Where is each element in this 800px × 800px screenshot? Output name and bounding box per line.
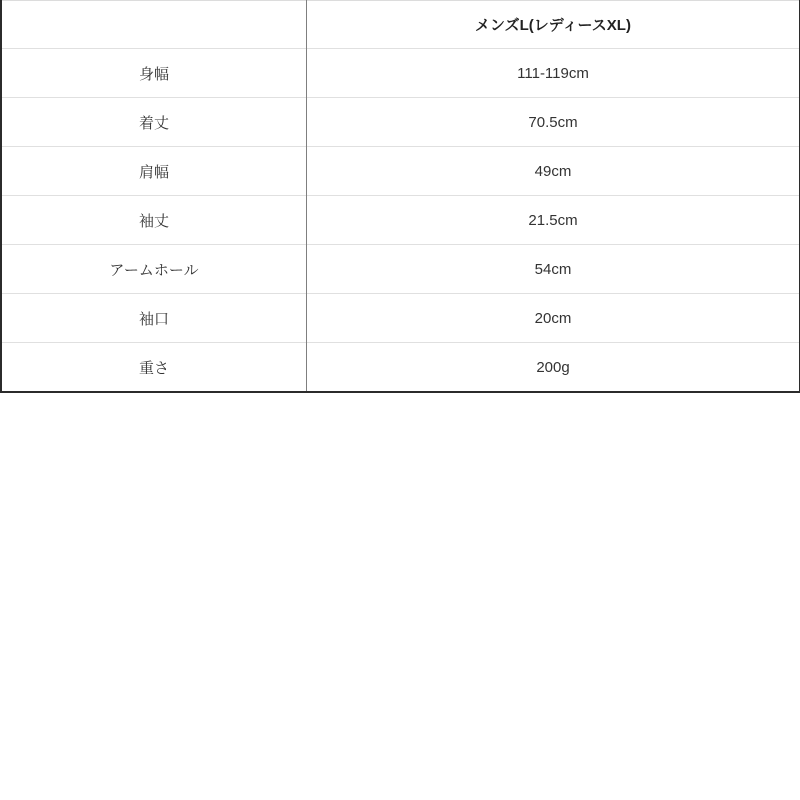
- measurement-value-cell: 70.5cm: [307, 98, 800, 147]
- size-table-row: 袖丈21.5cm: [1, 196, 800, 245]
- size-table-row: アームホール54cm: [1, 245, 800, 294]
- measurement-label-cell: 重さ: [1, 343, 307, 393]
- measurement-label-cell: 袖口: [1, 294, 307, 343]
- measurement-value-cell: 54cm: [307, 245, 800, 294]
- size-table-row: 肩幅49cm: [1, 147, 800, 196]
- size-table-row: 袖口20cm: [1, 294, 800, 343]
- measurement-label-cell: 袖丈: [1, 196, 307, 245]
- measurement-value-cell: 21.5cm: [307, 196, 800, 245]
- size-table-row: 身幅111-119cm: [1, 49, 800, 98]
- measurement-label-cell: 着丈: [1, 98, 307, 147]
- size-spec-table: メンズL(レディースXL) 身幅111-119cm着丈70.5cm肩幅49cm袖…: [0, 0, 800, 393]
- size-table-row: 着丈70.5cm: [1, 98, 800, 147]
- size-table-row: 重さ200g: [1, 343, 800, 393]
- size-table-header-row: メンズL(レディースXL): [1, 1, 800, 49]
- size-spec-section: メンズL(レディースXL) 身幅111-119cm着丈70.5cm肩幅49cm袖…: [0, 0, 800, 800]
- measurement-value-cell: 20cm: [307, 294, 800, 343]
- empty-whitespace: [0, 393, 800, 800]
- header-size-cell: メンズL(レディースXL): [307, 1, 800, 49]
- measurement-value-cell: 111-119cm: [307, 49, 800, 98]
- measurement-label-cell: 肩幅: [1, 147, 307, 196]
- measurement-label-cell: アームホール: [1, 245, 307, 294]
- header-empty-cell: [1, 1, 307, 49]
- measurement-value-cell: 49cm: [307, 147, 800, 196]
- measurement-label-cell: 身幅: [1, 49, 307, 98]
- size-table-body: 身幅111-119cm着丈70.5cm肩幅49cm袖丈21.5cmアームホール5…: [1, 49, 800, 393]
- measurement-value-cell: 200g: [307, 343, 800, 393]
